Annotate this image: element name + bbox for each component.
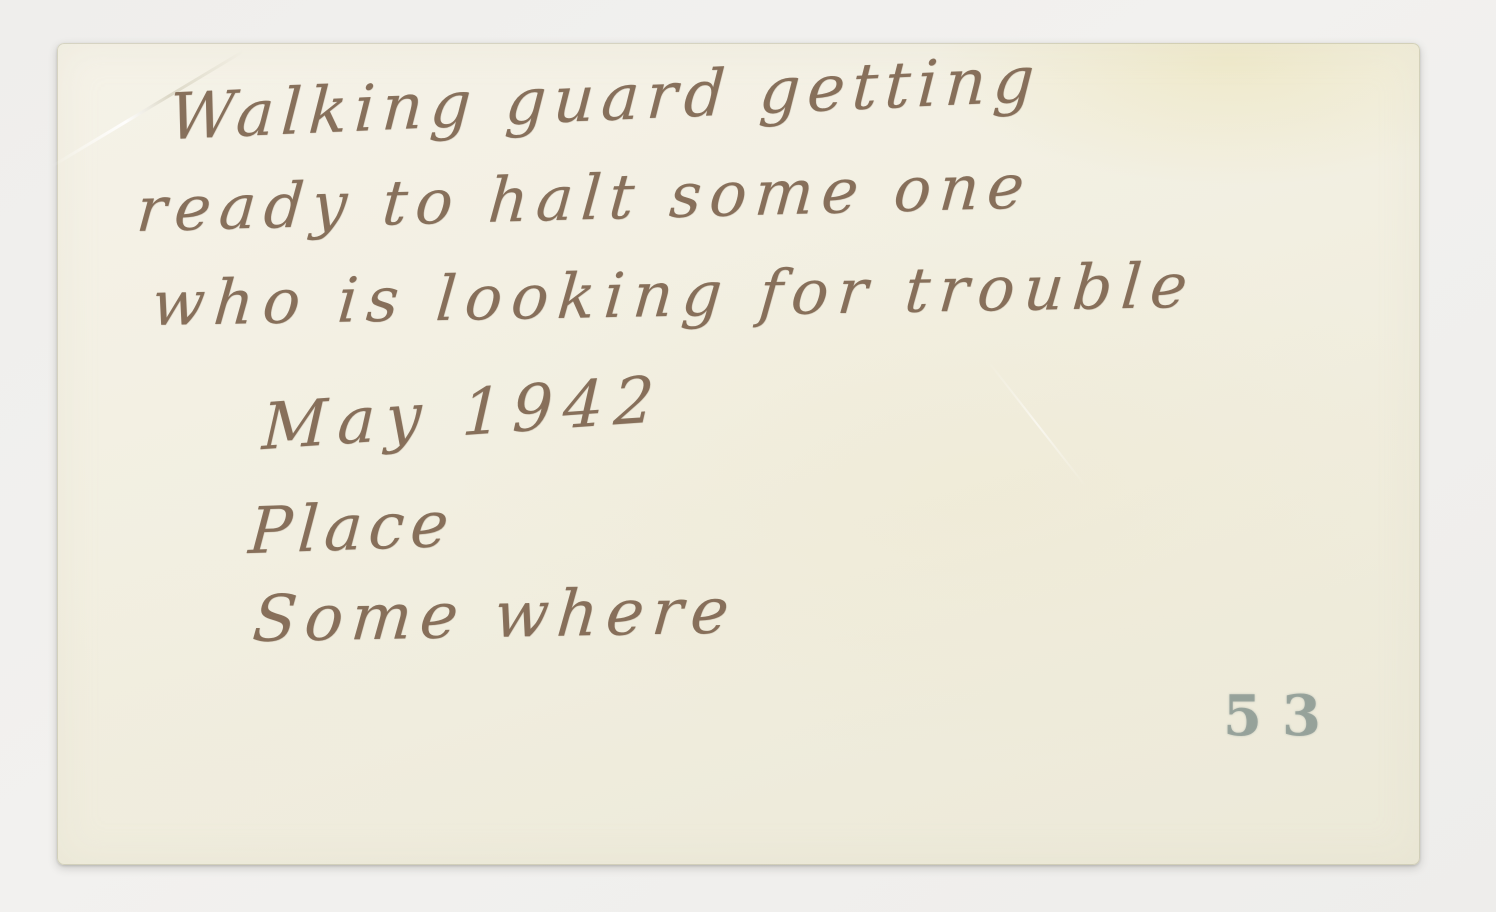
handwritten-date-line: May 1942 bbox=[261, 363, 666, 465]
handwritten-place-label: Place bbox=[246, 488, 456, 569]
scanned-photo-background: Walking guard getting ready to halt some… bbox=[0, 0, 1496, 912]
handwritten-line-3: who is looking for trouble bbox=[149, 249, 1199, 340]
handwritten-note-card: Walking guard getting ready to halt some… bbox=[57, 43, 1420, 865]
paper-crease bbox=[987, 360, 1087, 487]
handwritten-line-1: Walking guard getting bbox=[167, 43, 1044, 155]
handwritten-line-2: ready to halt some one bbox=[134, 149, 1035, 246]
handwritten-place-value: Some where bbox=[250, 574, 740, 657]
stamp-number: 53 bbox=[1223, 683, 1341, 749]
